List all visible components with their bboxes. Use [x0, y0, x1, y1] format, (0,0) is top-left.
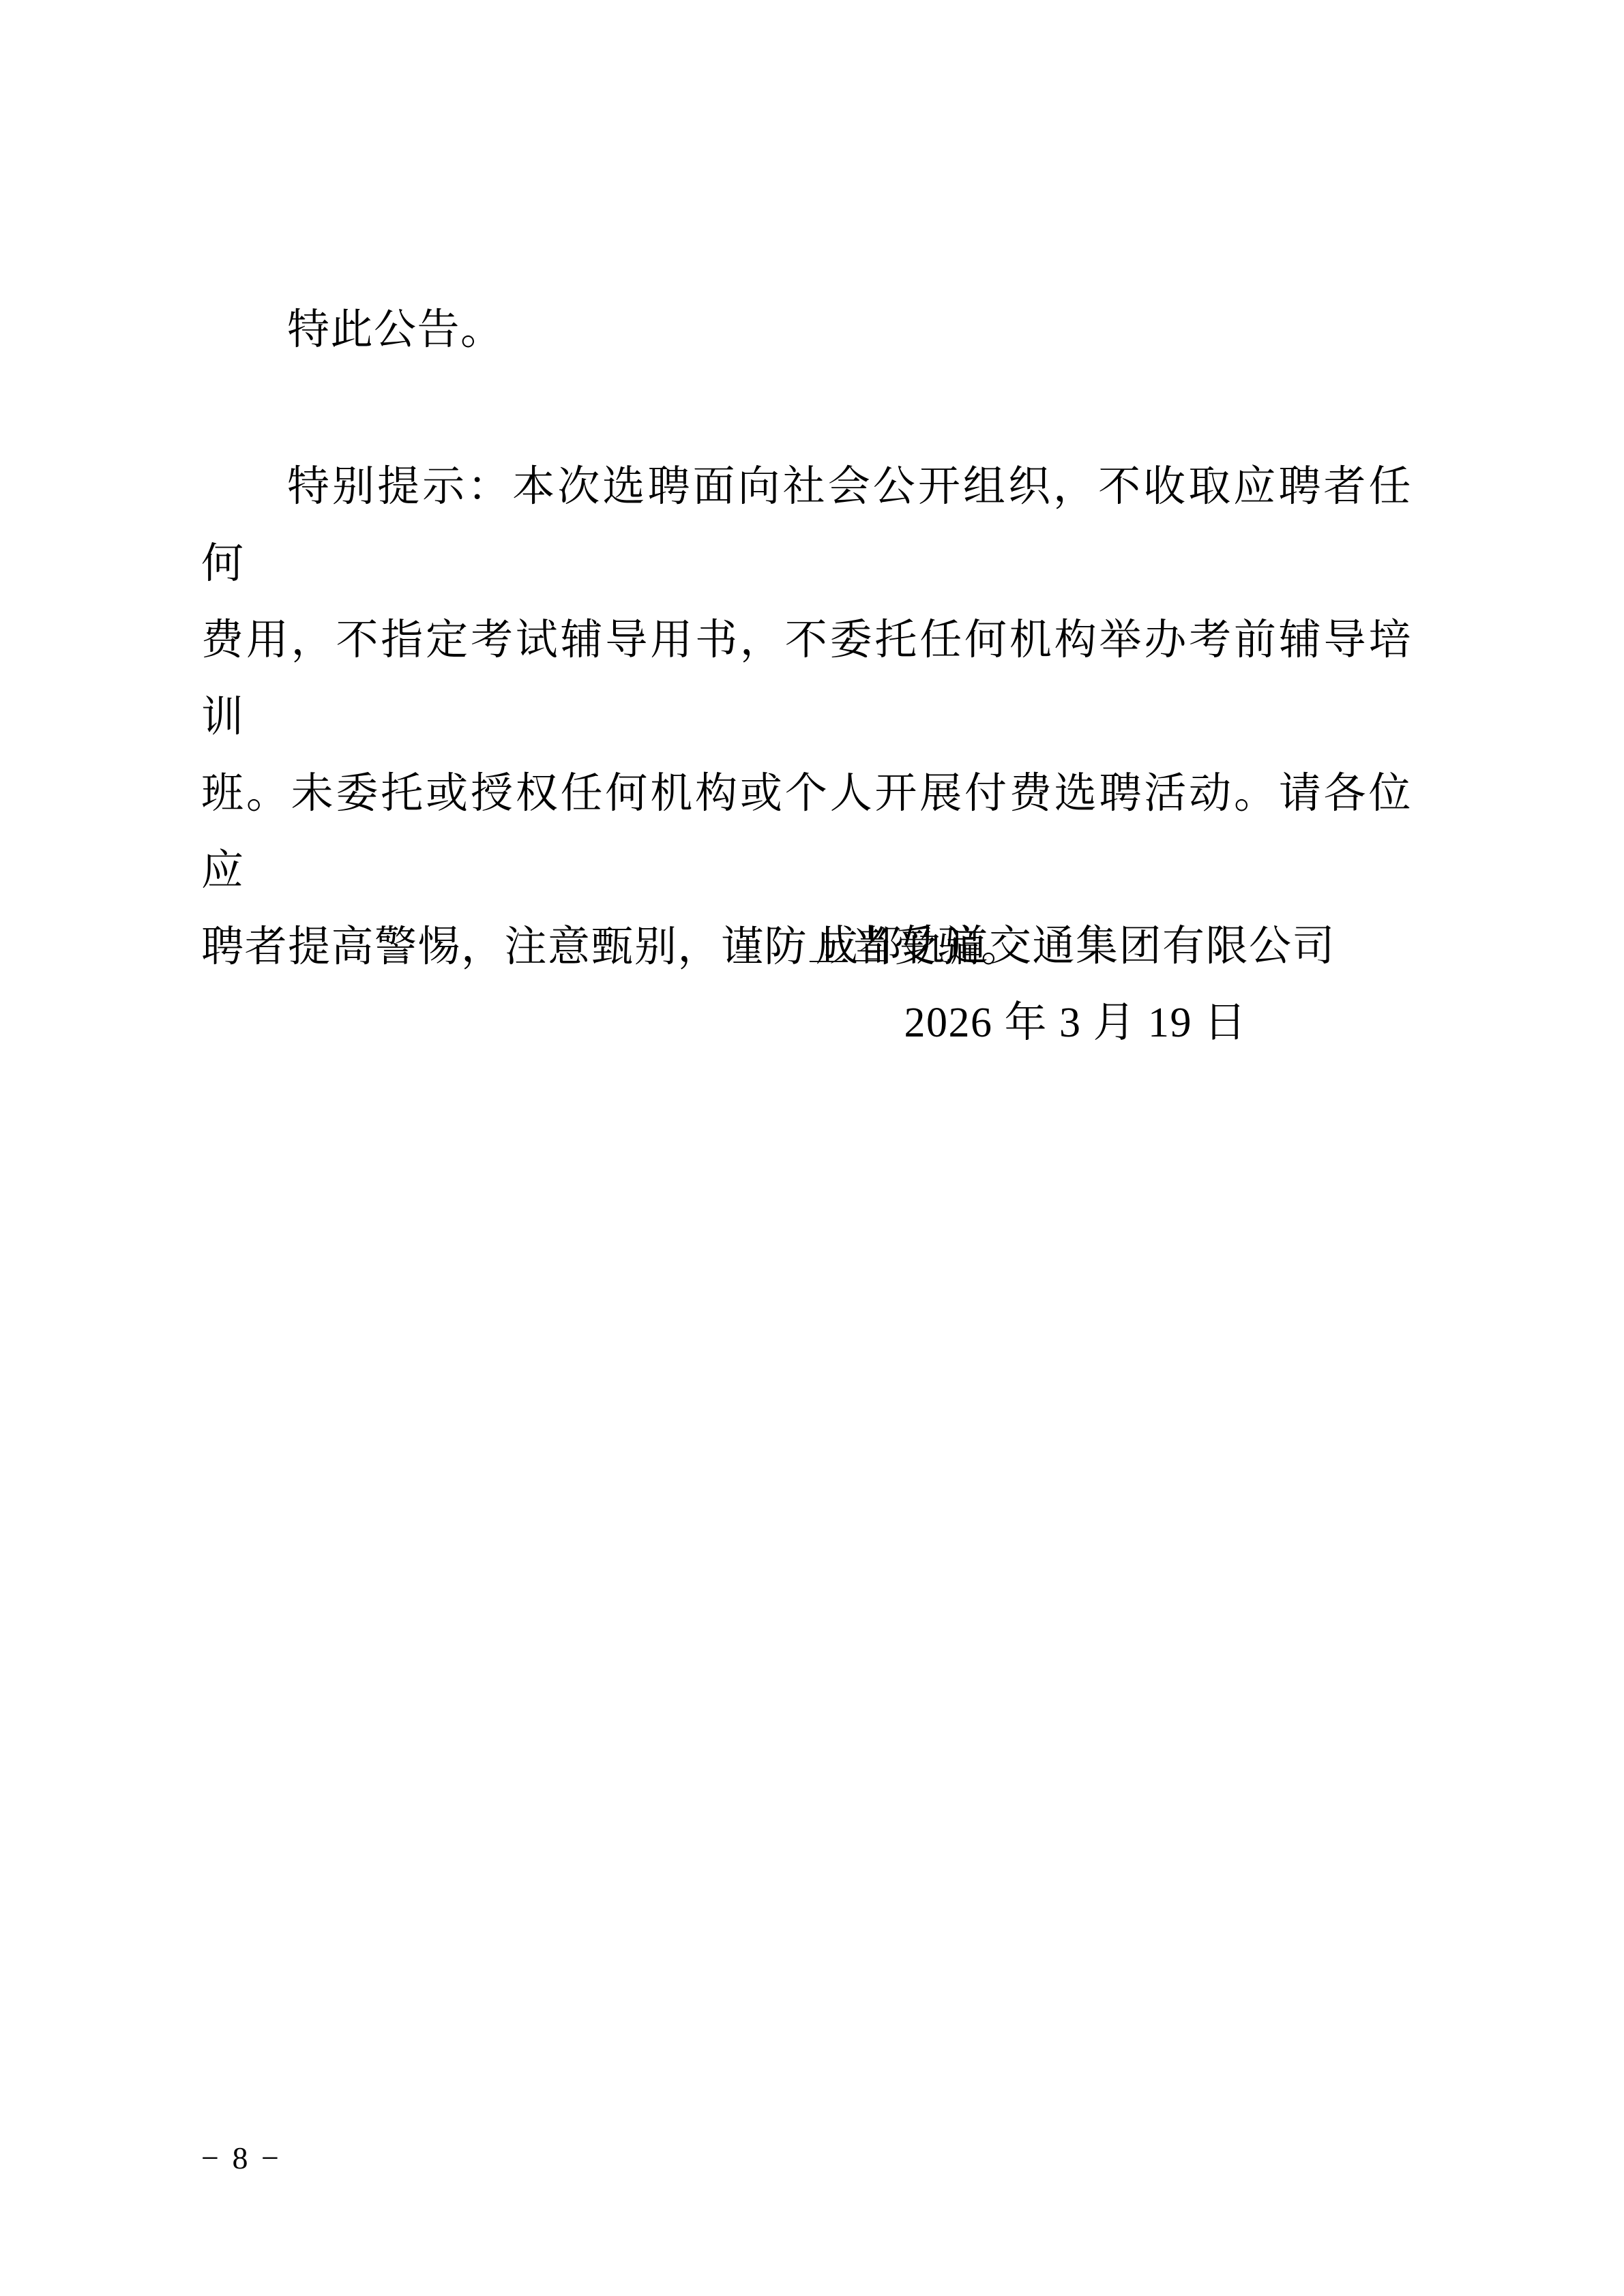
- page-number: − 8 −: [201, 2138, 282, 2179]
- document-page: 特此公告。 特别提示：本次选聘面向社会公开组织，不收取应聘者任何 费用，不指定考…: [0, 0, 1624, 2296]
- notice-line: 班。未委托或授权任何机构或个人开展付费选聘活动。请各位应: [201, 756, 1412, 909]
- notice-line: 特别提示：本次选聘面向社会公开组织，不收取应聘者任何: [201, 449, 1412, 602]
- closing-line: 特此公告。: [201, 292, 1412, 368]
- signature-date: 2026 年 3 月 19 日: [816, 985, 1335, 1061]
- notice-line: 费用，不指定考试辅导用书，不委托任何机构举办考前辅导培训: [201, 602, 1412, 756]
- signature-company: 成都轨道交通集团有限公司: [816, 908, 1335, 985]
- signature-block: 成都轨道交通集团有限公司 2026 年 3 月 19 日: [816, 908, 1335, 1061]
- notice-paragraph: 特别提示：本次选聘面向社会公开组织，不收取应聘者任何 费用，不指定考试辅导用书，…: [201, 449, 1412, 986]
